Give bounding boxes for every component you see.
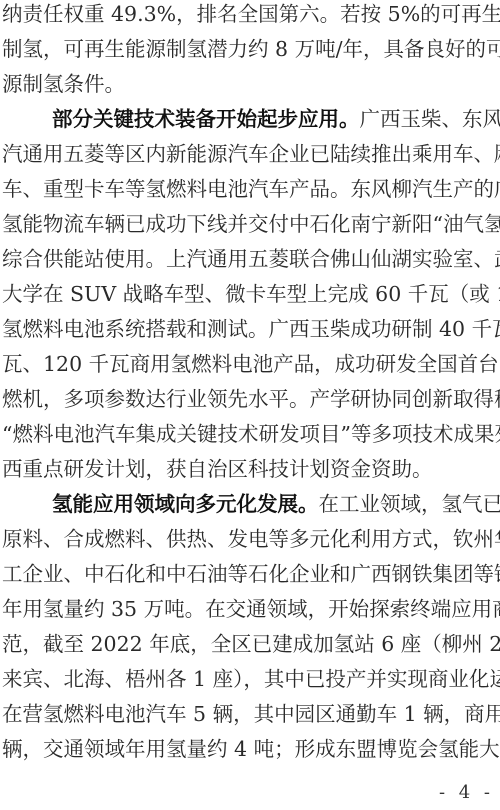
line-text: 汽通用五菱等区内新能源汽车企业已陆续推出乘用车、厢式物流: [2, 142, 500, 166]
line-text: 源制氢条件。: [2, 72, 125, 96]
line-text: 纳责任权重 49.3%，排名全国第六。若按 5%的可再生能源发电量: [2, 2, 500, 26]
text-line: “燃料电池汽车集成关键技术研发项目”等多项技术成果列入广: [2, 420, 498, 455]
line-text: 原料、合成燃料、供热、发电等多元化利用方式，钦州华谊等化: [2, 527, 500, 551]
text-line: 源制氢条件。: [2, 70, 498, 105]
text-line: 年用氢量约 35 万吨。在交通领域，开始探索终端应用商业化示: [2, 595, 498, 630]
text-line: 原料、合成燃料、供热、发电等多元化利用方式，钦州华谊等化: [2, 525, 498, 560]
line-text: 车、重型卡车等氢燃料电池汽车产品。东风柳汽生产的广西首批: [2, 177, 500, 201]
line-text: 在工业领域，氢气已形成化工: [319, 492, 500, 516]
line-text: 辆，交通领域年用氢量约 4 吨；形成东盟博览会氢能大巴、来宾: [2, 737, 500, 761]
text-line: 辆，交通领域年用氢量约 4 吨；形成东盟博览会氢能大巴、来宾: [2, 735, 498, 770]
text-line: 瓦、120 千瓦商用氢燃料电池产品，成功研发全国首台 16 升氢内: [2, 350, 498, 385]
text-line: 工企业、中石化和中石油等石化企业和广西钢铁集团等钢铁企业: [2, 560, 498, 595]
text-line: 车、重型卡车等氢燃料电池汽车产品。东风柳汽生产的广西首批: [2, 175, 498, 210]
line-text: “燃料电池汽车集成关键技术研发项目”等多项技术成果列入广: [2, 422, 500, 446]
page-number: - 4 -: [439, 782, 494, 803]
text-line: 综合供能站使用。上汽通用五菱联合佛山仙湖实验室、武汉理工: [2, 245, 498, 280]
text-line: 汽通用五菱等区内新能源汽车企业已陆续推出乘用车、厢式物流: [2, 140, 498, 175]
line-text: 氢能物流车辆已成功下线并交付中石化南宁新阳“油气氢电服”: [2, 212, 500, 236]
text-line: 西重点研发计划，获自治区科技计划资金资助。: [2, 455, 498, 490]
paragraph-heading: 部分关键技术装备开始起步应用。: [52, 107, 360, 131]
line-text: 西重点研发计划，获自治区科技计划资金资助。: [2, 457, 433, 481]
text-line: 范，截至 2022 年底，全区已建成加氢站 6 座（柳州 2 座，南宁、: [2, 630, 498, 665]
text-line: 制氢，可再生能源制氢潜力约 8 万吨/年，具备良好的可再生能: [2, 35, 498, 70]
line-text: 制氢，可再生能源制氢潜力约 8 万吨/年，具备良好的可再生能: [2, 37, 500, 61]
line-text: 瓦、120 千瓦商用氢燃料电池产品，成功研发全国首台 16 升氢内: [2, 352, 500, 376]
line-text: 燃机，多项参数达行业领先水平。产学研协同创新取得积极成效，: [2, 387, 500, 411]
line-text: 综合供能站使用。上汽通用五菱联合佛山仙湖实验室、武汉理工: [2, 247, 500, 271]
paragraph-start: 氢能应用领域向多元化发展。在工业领域，氢气已形成化工: [2, 490, 498, 525]
line-text: 大学在 SUV 战略车型、微卡车型上完成 60 千瓦（或 100 千瓦）: [2, 282, 500, 306]
document-page: 纳责任权重 49.3%，排名全国第六。若按 5%的可再生能源发电量 制氢，可再生…: [0, 0, 500, 810]
paragraph-heading: 氢能应用领域向多元化发展。: [52, 492, 319, 516]
text-line: 大学在 SUV 战略车型、微卡车型上完成 60 千瓦（或 100 千瓦）: [2, 280, 498, 315]
line-text: 在营氢燃料电池汽车 5 辆，其中园区通勤车 1 辆，商用物流车 4: [2, 702, 500, 726]
text-line: 来宾、北海、梧州各 1 座），其中已投产并实现商业化运营 2 座。: [2, 665, 498, 700]
line-text: 范，截至 2022 年底，全区已建成加氢站 6 座（柳州 2 座，南宁、: [2, 632, 500, 656]
text-line: 氢燃料电池系统搭载和测试。广西玉柴成功研制 40 千瓦、90 千: [2, 315, 498, 350]
line-text: 工企业、中石化和中石油等石化企业和广西钢铁集团等钢铁企业: [2, 562, 500, 586]
line-text: 广西玉柴、东风柳汽、上: [360, 107, 500, 131]
text-line: 纳责任权重 49.3%，排名全国第六。若按 5%的可再生能源发电量: [2, 0, 498, 35]
line-text: 氢燃料电池系统搭载和测试。广西玉柴成功研制 40 千瓦、90 千: [2, 317, 500, 341]
text-line: 燃机，多项参数达行业领先水平。产学研协同创新取得积极成效，: [2, 385, 498, 420]
line-text: 年用氢量约 35 万吨。在交通领域，开始探索终端应用商业化示: [2, 597, 500, 621]
text-line: 在营氢燃料电池汽车 5 辆，其中园区通勤车 1 辆，商用物流车 4: [2, 700, 498, 735]
paragraph-start: 部分关键技术装备开始起步应用。广西玉柴、东风柳汽、上: [2, 105, 498, 140]
line-text: 来宾、北海、梧州各 1 座），其中已投产并实现商业化运营 2 座。: [2, 667, 500, 691]
text-line: 氢能物流车辆已成功下线并交付中石化南宁新阳“油气氢电服”: [2, 210, 498, 245]
